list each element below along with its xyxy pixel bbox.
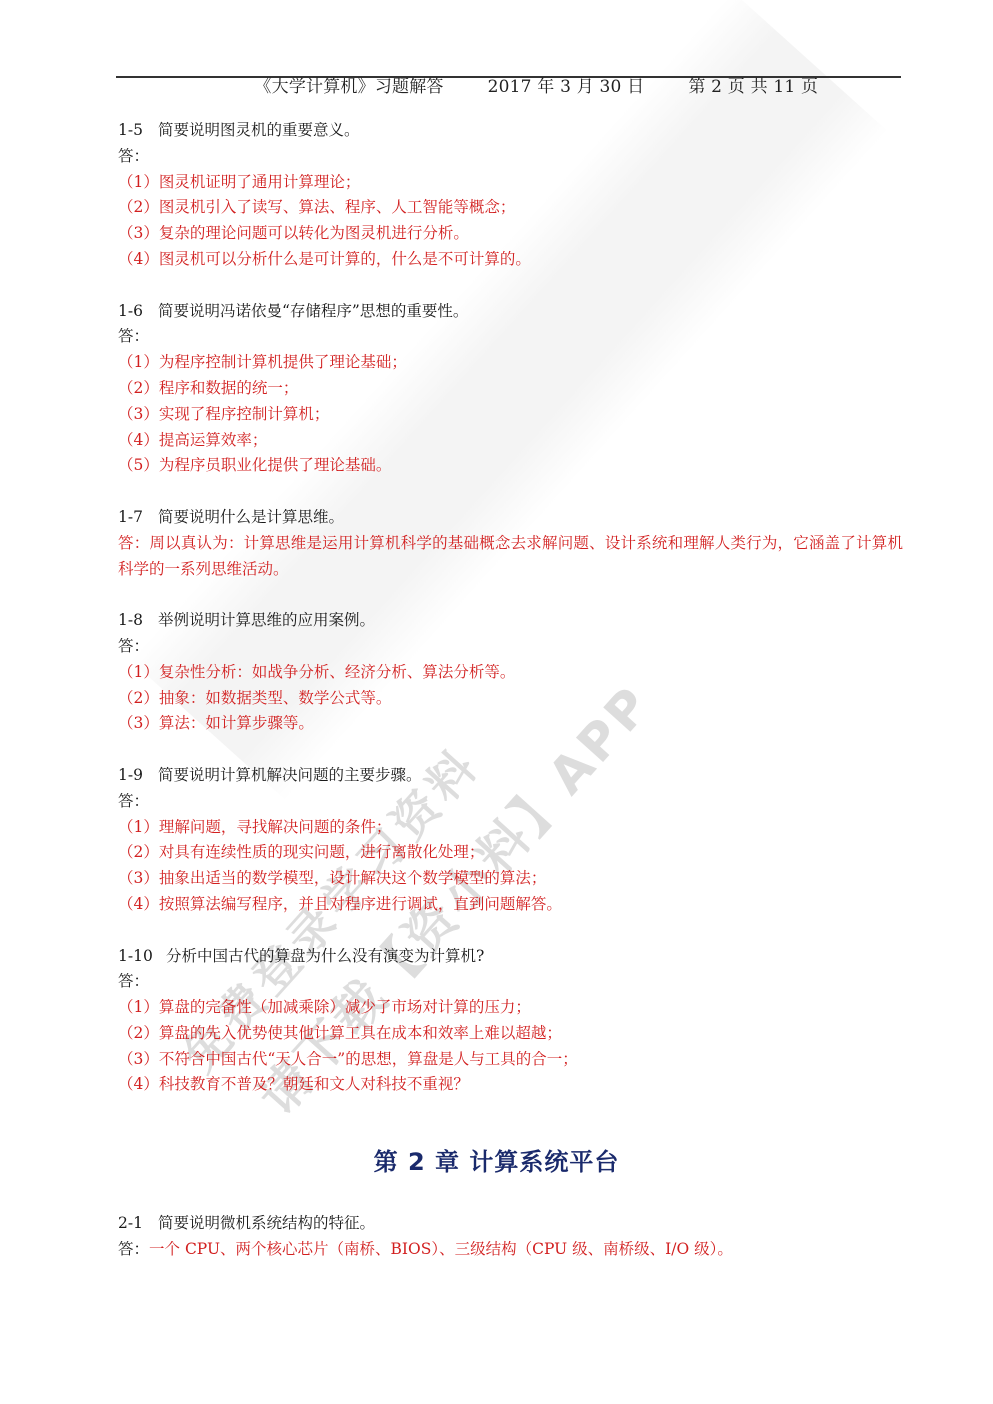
answer-item: （3）复杂的理论问题可以转化为图灵机进行分析。 bbox=[118, 221, 903, 247]
answer-paragraph: 答：一个 CPU、两个核心芯片（南桥、BIOS）、三级结构（CPU 级、南桥级、… bbox=[118, 1237, 903, 1263]
question-block-2-1: 2-1简要说明微机系统结构的特征。 答：一个 CPU、两个核心芯片（南桥、BIO… bbox=[118, 1211, 903, 1263]
answer-label: 答： bbox=[118, 534, 149, 552]
answer-label: 答： bbox=[118, 324, 903, 350]
question-text: 简要说明什么是计算思维。 bbox=[158, 508, 344, 526]
question-number: 1-7 bbox=[118, 505, 158, 531]
answer-item: （4）图灵机可以分析什么是可计算的，什么是不可计算的。 bbox=[118, 247, 903, 273]
question-block-1-7: 1-7简要说明什么是计算思维。 答：周以真认为：计算思维是运用计算机科学的基础概… bbox=[118, 505, 903, 582]
question: 1-5简要说明图灵机的重要意义。 bbox=[118, 118, 903, 144]
answer-item: （2）算盘的先入优势使其他计算工具在成本和效率上难以超越； bbox=[118, 1021, 903, 1047]
header-date: 2017 年 3 月 30 日 bbox=[488, 72, 645, 97]
answer-item: （1）理解问题，寻找解决问题的条件； bbox=[118, 815, 903, 841]
question-number: 2-1 bbox=[118, 1211, 158, 1237]
header-title: 《大学计算机》习题解答 bbox=[254, 72, 443, 97]
chapter2-questions: 2-1简要说明微机系统结构的特征。 答：一个 CPU、两个核心芯片（南桥、BIO… bbox=[118, 1211, 903, 1288]
answer-item: （1）算盘的完备性（加减乘除）减少了市场对计算的压力； bbox=[118, 995, 903, 1021]
answer-item: （1）图灵机证明了通用计算理论； bbox=[118, 170, 903, 196]
answer-item: （2）抽象：如数据类型、数学公式等。 bbox=[118, 686, 903, 712]
question-text: 简要说明计算机解决问题的主要步骤。 bbox=[158, 766, 422, 784]
answer-label: 答： bbox=[118, 969, 903, 995]
chapter1-questions: 1-5简要说明图灵机的重要意义。 答： （1）图灵机证明了通用计算理论； （2）… bbox=[118, 118, 903, 1124]
answer-item: （5）为程序员职业化提供了理论基础。 bbox=[118, 453, 903, 479]
answer-item: （4）按照算法编写程序，并且对程序进行调试，直到问题解答。 bbox=[118, 892, 903, 918]
answer-item: （3）抽象出适当的数学模型，设计解决这个数学模型的算法； bbox=[118, 866, 903, 892]
answer-item: （4）科技教育不普及？朝廷和文人对科技不重视？ bbox=[118, 1072, 903, 1098]
answer-item: （1）为程序控制计算机提供了理论基础； bbox=[118, 350, 903, 376]
question: 1-8举例说明计算思维的应用案例。 bbox=[118, 608, 903, 634]
question-block-1-10: 1-10分析中国古代的算盘为什么没有演变为计算机? 答： （1）算盘的完备性（加… bbox=[118, 944, 903, 1099]
question-block-1-8: 1-8举例说明计算思维的应用案例。 答： （1）复杂性分析：如战争分析、经济分析… bbox=[118, 608, 903, 737]
question-text: 分析中国古代的算盘为什么没有演变为计算机? bbox=[166, 947, 484, 965]
answer-item: （2）图灵机引入了读写、算法、程序、人工智能等概念； bbox=[118, 195, 903, 221]
answer-label: 答： bbox=[118, 789, 903, 815]
question-block-1-5: 1-5简要说明图灵机的重要意义。 答： （1）图灵机证明了通用计算理论； （2）… bbox=[118, 118, 903, 273]
question: 1-6简要说明冯诺依曼“存储程序”思想的重要性。 bbox=[118, 299, 903, 325]
answer-item: （2）程序和数据的统一； bbox=[118, 376, 903, 402]
question-text: 简要说明微机系统结构的特征。 bbox=[158, 1214, 375, 1232]
answer-item: （3）实现了程序控制计算机； bbox=[118, 402, 903, 428]
question: 1-7简要说明什么是计算思维。 bbox=[118, 505, 903, 531]
answer-label: 答： bbox=[118, 144, 903, 170]
answer-item: （3）不符合中国古代“天人合一”的思想，算盘是人与工具的合一； bbox=[118, 1047, 903, 1073]
answer-label: 答： bbox=[118, 1240, 149, 1258]
answer-text: 周以真认为：计算思维是运用计算机科学的基础概念去求解问题、设计系统和理解人类行为… bbox=[118, 534, 903, 578]
question-number: 1-9 bbox=[118, 763, 158, 789]
question-text: 简要说明图灵机的重要意义。 bbox=[158, 121, 360, 139]
question-number: 1-6 bbox=[118, 299, 158, 325]
page-header: 《大学计算机》习题解答2017 年 3 月 30 日第 2 页 共 11 页 bbox=[116, 52, 901, 78]
question-text: 简要说明冯诺依曼“存储程序”思想的重要性。 bbox=[158, 302, 468, 320]
question-block-1-9: 1-9简要说明计算机解决问题的主要步骤。 答： （1）理解问题，寻找解决问题的条… bbox=[118, 763, 903, 918]
question-text: 举例说明计算思维的应用案例。 bbox=[158, 611, 375, 629]
question: 2-1简要说明微机系统结构的特征。 bbox=[118, 1211, 903, 1237]
answer-item: （1）复杂性分析：如战争分析、经济分析、算法分析等。 bbox=[118, 660, 903, 686]
question-number: 1-10 bbox=[118, 944, 166, 970]
answer-label: 答： bbox=[118, 634, 903, 660]
answer-item: （3）算法：如计算步骤等。 bbox=[118, 711, 903, 737]
question-number: 1-5 bbox=[118, 118, 158, 144]
question: 1-9简要说明计算机解决问题的主要步骤。 bbox=[118, 763, 903, 789]
chapter-title: 第 2 章 计算系统平台 bbox=[0, 1142, 993, 1177]
answer-item: （4）提高运算效率； bbox=[118, 428, 903, 454]
answer-text: 一个 CPU、两个核心芯片（南桥、BIOS）、三级结构（CPU 级、南桥级、I/… bbox=[149, 1240, 733, 1258]
header-page-number: 第 2 页 共 11 页 bbox=[688, 72, 818, 97]
question-number: 1-8 bbox=[118, 608, 158, 634]
answer-paragraph: 答：周以真认为：计算思维是运用计算机科学的基础概念去求解问题、设计系统和理解人类… bbox=[118, 531, 903, 583]
answer-item: （2）对具有连续性质的现实问题，进行离散化处理； bbox=[118, 840, 903, 866]
question: 1-10分析中国古代的算盘为什么没有演变为计算机? bbox=[118, 944, 903, 970]
question-block-1-6: 1-6简要说明冯诺依曼“存储程序”思想的重要性。 答： （1）为程序控制计算机提… bbox=[118, 299, 903, 480]
